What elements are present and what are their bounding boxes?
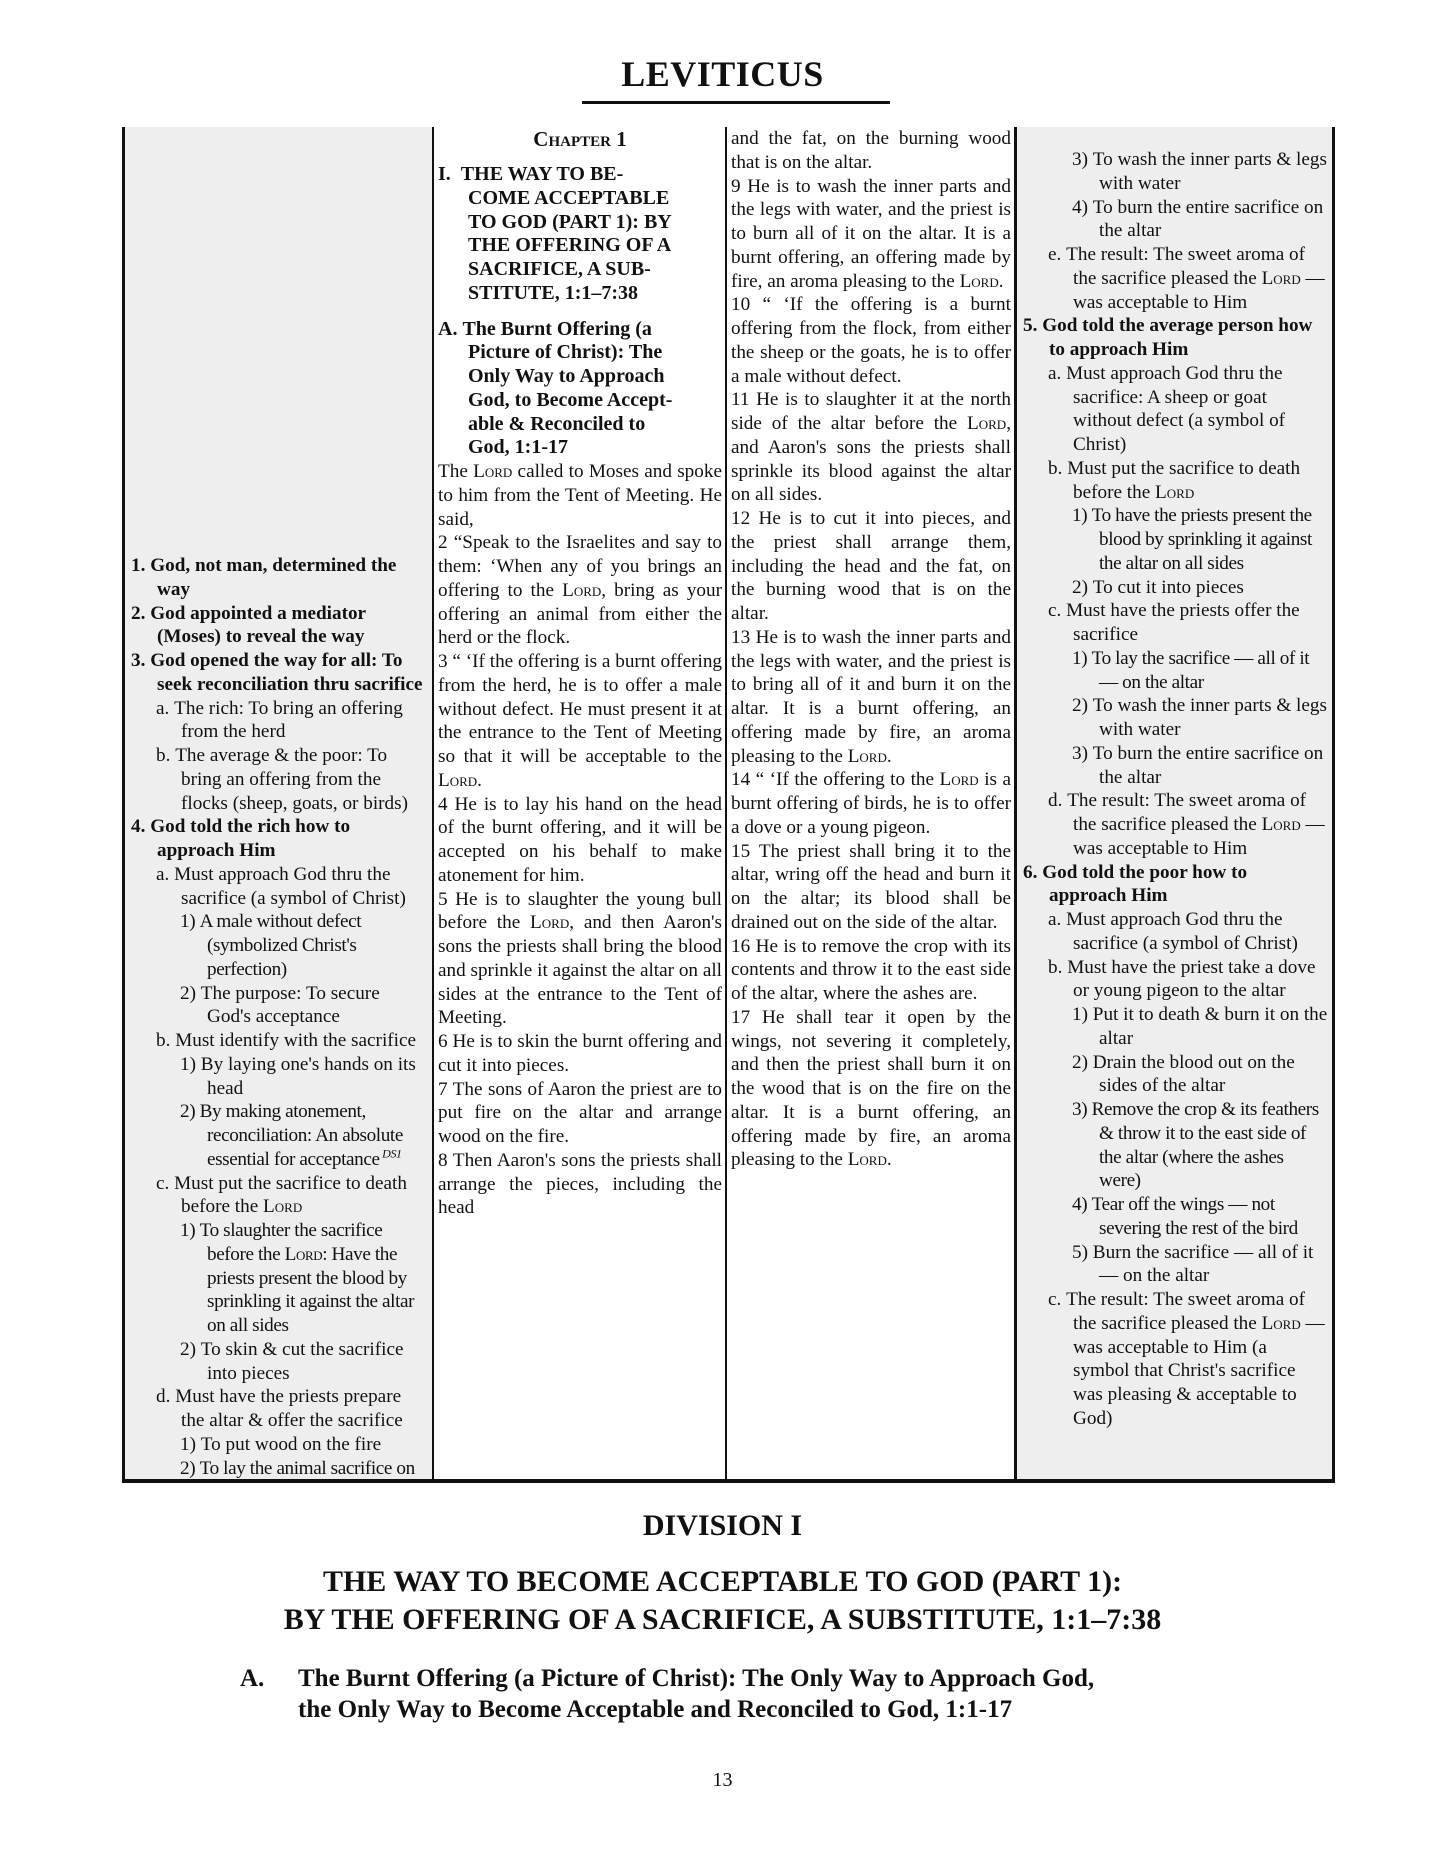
verse-number: 4: [438, 794, 455, 815]
outline-point-2: 2) To skin & cut the sacrifice into piec…: [131, 1338, 428, 1386]
verse-10: 10 “ ‘If the offering is a burnt offerin…: [731, 293, 1011, 388]
outline-label: 1): [1072, 648, 1092, 669]
outline-label: a.: [1048, 909, 1066, 930]
outline-point-c: c. Must put the sacrifice to death befor…: [131, 1172, 428, 1220]
outline-label: 1.: [131, 555, 150, 576]
outline-text: Must have the priests offer the sacrific…: [1066, 600, 1300, 645]
lord-small-caps: Lord: [940, 769, 979, 790]
verse-5: 5 He is to slaughter the young bull befo…: [438, 888, 722, 1031]
outline-text: Must put the sacrifice to death before t…: [174, 1173, 407, 1218]
outline-text: To cut it into pieces: [1093, 577, 1244, 598]
scripture-text-verses-8-17: and the fat, on the burning wood that is…: [731, 127, 1011, 1172]
outline-label: e.: [1048, 244, 1066, 265]
outline-label: 2): [180, 1339, 201, 1360]
verse-number: 14: [731, 769, 756, 790]
verse-8: 8 Then Aaron's sons the priests shall ar…: [438, 1149, 722, 1220]
outline-text: God told the average person how to appro…: [1042, 315, 1312, 360]
lord-small-caps: Lord: [1262, 814, 1301, 835]
scripture-text-verses-1-8: The Lord called to Moses and spoke to hi…: [438, 460, 722, 1220]
lord-small-caps: Lord: [848, 1149, 887, 1170]
outline-label: 1): [1072, 1004, 1093, 1025]
outline-text: Tear off the wings — not severing the re…: [1092, 1194, 1298, 1239]
outline-text: Must approach God thru the sacrifice (a …: [174, 864, 406, 909]
outline-point-4: 4) To burn the entire sacrifice on the a…: [1023, 196, 1328, 244]
outline-label: 1): [180, 1434, 201, 1455]
outline-top-spacer: [131, 127, 428, 554]
outline-text: The rich: To bring an offering from the …: [174, 698, 403, 743]
outline-text: Must approach God thru the sacrifice: A …: [1066, 363, 1285, 455]
outline-label: 4.: [131, 816, 150, 837]
outline-point-1: 1) To lay the sacrifice — all of it — on…: [1023, 647, 1328, 695]
outline-point-2: 2) The purpose: To secure God's acceptan…: [131, 982, 428, 1030]
outline-point-c: c. The result: The sweet aroma of the sa…: [1023, 1288, 1328, 1431]
verse-number: 8: [438, 1150, 453, 1171]
verse-8: and the fat, on the burning wood that is…: [731, 127, 1011, 175]
outline-point-5: 5) Burn the sacrifice — all of it — on t…: [1023, 1241, 1328, 1289]
outline-label: 2): [180, 983, 201, 1004]
outline-text: God opened the way for all: To seek reco…: [150, 650, 422, 695]
outline-label: 6.: [1023, 862, 1042, 883]
outline-point-1: 1) A male without defect (symbolized Chr…: [131, 910, 428, 981]
lord-small-caps: Lord: [1155, 482, 1194, 503]
verse-number: 11: [731, 389, 756, 410]
outline-point-b: b. Must have the priest take a dove or y…: [1023, 956, 1328, 1004]
outline-point-4: 4) Tear off the wings — not severing the…: [1023, 1193, 1328, 1241]
outline-point-3: 3) Remove the crop & its feathers & thro…: [1023, 1098, 1328, 1193]
verse-11: 11 He is to slaughter it at the north si…: [731, 388, 1011, 507]
outline-text: The average & the poor: To bring an offe…: [175, 745, 408, 814]
subsection-letter: A.: [240, 1663, 264, 1694]
outline-text: To have the priests present the blood by…: [1092, 505, 1312, 574]
outline-label: 3.: [131, 650, 150, 671]
outline-text: God told the rich how to approach Him: [150, 816, 350, 861]
outline-label: 1): [1072, 505, 1092, 526]
verse-17: 17 He shall tear it open by the wings, n…: [731, 1006, 1011, 1172]
chapter-label: Chapter 1: [438, 127, 722, 151]
outline-text: God appointed a mediator (Moses) to reve…: [150, 603, 366, 648]
outline-point-1: 1) Put it to death & burn it on the alta…: [1023, 1003, 1328, 1051]
outline-point-2: 2) To cut it into pieces: [1023, 576, 1328, 600]
outline-text: Burn the sacrifice — all of it — on the …: [1093, 1242, 1314, 1287]
outline-point-e: e. The result: The sweet aroma of the sa…: [1023, 243, 1328, 314]
outline-point-3: 3. God opened the way for all: To seek r…: [131, 649, 428, 697]
outline-label: 1): [180, 1220, 200, 1241]
outline-text: To lay the sacrifice — all of it — on th…: [1092, 648, 1310, 693]
subsection-text: The Burnt Offering (a Picture of Christ)…: [240, 1663, 1240, 1725]
outline-text: Drain the blood out on the sides of the …: [1093, 1052, 1295, 1097]
verse-number: 15: [731, 841, 759, 862]
outline-label: 2.: [131, 603, 150, 624]
verse-2: 2 “Speak to the Israelites and say to th…: [438, 531, 722, 650]
outline-label: b.: [156, 1030, 175, 1051]
lord-small-caps: Lord: [960, 271, 999, 292]
outline-point-2: 2) By making atonement, reconciliation: …: [131, 1100, 428, 1171]
verse-number: 10: [731, 294, 763, 315]
outline-left-list: 1. God, not man, determined the way2. Go…: [131, 554, 428, 1479]
outline-point-1: 1) To slaughter the sacrifice before the…: [131, 1219, 428, 1338]
outline-point-d: d. Must have the priests prepare the alt…: [131, 1385, 428, 1433]
outline-label: 5.: [1023, 315, 1042, 336]
outline-text: Must have the priest take a dove or youn…: [1067, 957, 1315, 1002]
division-heading-large: DIVISION I: [0, 1507, 1445, 1545]
outline-label: 4): [1072, 1194, 1092, 1215]
verse-number: 7: [438, 1079, 453, 1100]
outline-point-1: 1. God, not man, determined the way: [131, 554, 428, 602]
lord-small-caps: Lord: [1262, 1313, 1301, 1334]
division-heading: I. THE WAY TO BE- COME ACCEPTABLE TO GOD…: [438, 163, 722, 306]
title-underline-divider: [582, 101, 890, 104]
verse-14: 14 “ ‘If the offering to the Lord is a b…: [731, 768, 1011, 839]
verse-number: 13: [731, 627, 756, 648]
scripture-column-2: and the fat, on the burning wood that is…: [727, 127, 1017, 1479]
verse-number: 5: [438, 889, 455, 910]
outline-point-b: b. Must identify with the sacrifice: [131, 1029, 428, 1053]
outline-text: The purpose: To secure God's acceptance: [201, 983, 380, 1028]
outline-text: To wash the inner parts & legs with wate…: [1093, 149, 1327, 194]
outline-label: d.: [156, 1386, 175, 1407]
outline-label: a.: [156, 864, 174, 885]
outline-point-a: a. The rich: To bring an offering from t…: [131, 697, 428, 745]
outline-label: 3): [1072, 743, 1093, 764]
outline-right-list: 3) To wash the inner parts & legs with w…: [1023, 148, 1328, 1431]
outline-point-2: 2) To wash the inner parts & legs with w…: [1023, 694, 1328, 742]
outline-text: Must identify with the sacrifice: [175, 1030, 416, 1051]
outline-label: 2): [1072, 1052, 1093, 1073]
outline-point-2: 2) To lay the animal sacrifice on the al…: [131, 1457, 428, 1480]
verse-3: 3 “ ‘If the offering is a burnt offering…: [438, 650, 722, 793]
outline-point-a: a. Must approach God thru the sacrifice …: [131, 863, 428, 911]
lord-small-caps: Lord: [263, 1196, 302, 1217]
lord-small-caps: Lord: [562, 580, 601, 601]
outline-text: The result: The sweet aroma of the sacri…: [1066, 1289, 1325, 1429]
verse-number: 9: [731, 176, 747, 197]
outline-text: Must have the priests prepare the altar …: [175, 1386, 403, 1431]
outline-text: To wash the inner parts & legs with wate…: [1093, 695, 1327, 740]
outline-point-d: d. The result: The sweet aroma of the sa…: [1023, 789, 1328, 860]
outline-point-a: a. Must approach God thru the sacrifice:…: [1023, 362, 1328, 457]
verse-4: 4 He is to lay his hand on the head of t…: [438, 793, 722, 888]
book-title: LEVITICUS: [0, 52, 1445, 96]
outline-point-b: b. The average & the poor: To bring an o…: [131, 744, 428, 815]
outline-point-1: 1) To put wood on the fire: [131, 1433, 428, 1457]
outline-top-spacer: [1023, 127, 1328, 148]
outline-point-6: 6. God told the poor how to approach Him: [1023, 861, 1328, 909]
outline-label: 1): [180, 911, 200, 932]
outline-label: 2): [1072, 695, 1093, 716]
outline-text: By making atonement, reconciliation: An …: [200, 1101, 403, 1170]
outline-point-3: 3) To burn the entire sacrifice on the a…: [1023, 742, 1328, 790]
outline-text: Put it to death & burn it on the altar: [1093, 1004, 1328, 1049]
outline-text: The result: The sweet aroma of the sacri…: [1067, 790, 1325, 859]
lord-small-caps: Lord: [848, 746, 887, 767]
outline-label: a.: [1048, 363, 1066, 384]
outline-text: God, not man, determined the way: [150, 555, 396, 600]
verse-6: 6 He is to skin the burnt offering and c…: [438, 1030, 722, 1078]
lord-small-caps: Lord: [438, 770, 477, 791]
outline-label: 2): [1072, 577, 1093, 598]
outline-label: b.: [1048, 458, 1067, 479]
outline-label: 4): [1072, 197, 1093, 218]
outline-point-5: 5. God told the average person how to ap…: [1023, 314, 1328, 362]
outline-label: a.: [156, 698, 174, 719]
outline-text: The result: The sweet aroma of the sacri…: [1066, 244, 1325, 313]
outline-label: 5): [1072, 1242, 1093, 1263]
outline-label: 2): [180, 1458, 200, 1479]
lord-small-caps: Lord: [473, 461, 512, 482]
outline-label: b.: [1048, 957, 1067, 978]
outline-text: To lay the animal sacrifice on the altar…: [200, 1458, 415, 1480]
outline-text: Remove the crop & its feathers & throw i…: [1092, 1099, 1319, 1191]
outline-point-1: 1) By laying one's hands on its head: [131, 1053, 428, 1101]
verse-number: 3: [438, 651, 452, 672]
outline-label: 1): [180, 1054, 201, 1075]
outline-text: Must approach God thru the sacrifice (a …: [1066, 909, 1298, 954]
outline-text: To put wood on the fire: [201, 1434, 381, 1455]
outline-text: God told the poor how to approach Him: [1042, 862, 1247, 907]
verse-7: 7 The sons of Aaron the priest are to pu…: [438, 1078, 722, 1149]
page-number: 13: [0, 1768, 1445, 1792]
verse-1: The Lord called to Moses and spoke to hi…: [438, 460, 722, 531]
outline-label: c.: [1048, 1289, 1066, 1310]
outline-text: To burn the entire sacrifice on the alta…: [1093, 197, 1323, 242]
verse-number: 16: [731, 936, 756, 957]
verse-9: 9 He is to wash the inner parts and the …: [731, 175, 1011, 294]
outline-point-4: 4. God told the rich how to approach Him: [131, 815, 428, 863]
outline-label: 2): [180, 1101, 200, 1122]
outline-point-2: 2) Drain the blood out on the sides of t…: [1023, 1051, 1328, 1099]
outline-column-right: 3) To wash the inner parts & legs with w…: [1017, 127, 1335, 1479]
outline-point-b: b. Must put the sacrifice to death befor…: [1023, 457, 1328, 505]
outline-label: 3): [1072, 149, 1093, 170]
outline-label: c.: [156, 1173, 174, 1194]
outline-label: d.: [1048, 790, 1067, 811]
verse-number: 2: [438, 532, 454, 553]
verse-number: 12: [731, 508, 758, 529]
outline-text: A male without defect (symbolized Christ…: [200, 911, 362, 980]
lord-small-caps: Lord: [967, 413, 1006, 434]
outline-text: Must put the sacrifice to death before t…: [1067, 458, 1300, 503]
verse-number: 6: [438, 1031, 453, 1052]
outline-point-2: 2. God appointed a mediator (Moses) to r…: [131, 602, 428, 650]
verse-16: 16 He is to remove the crop with its con…: [731, 935, 1011, 1006]
verse-15: 15 The priest shall bring it to the alta…: [731, 840, 1011, 935]
outline-label: 3): [1072, 1099, 1092, 1120]
division-title: THE WAY TO BECOME ACCEPTABLE TO GOD (PAR…: [0, 1563, 1445, 1639]
outline-point-3: 3) To wash the inner parts & legs with w…: [1023, 148, 1328, 196]
outline-label: c.: [1048, 600, 1066, 621]
lord-small-caps: Lord: [530, 912, 569, 933]
outline-text: To slaughter the sacrifice before the Lo…: [200, 1220, 415, 1336]
outline-text: By laying one's hands on its head: [201, 1054, 416, 1099]
lord-small-caps: Lord: [285, 1244, 323, 1265]
scripture-column-1: Chapter 1 I. THE WAY TO BE- COME ACCEPTA…: [434, 127, 727, 1479]
lord-small-caps: Lord: [1262, 268, 1301, 289]
outline-column-left: 1. God, not man, determined the way2. Go…: [122, 127, 434, 1479]
outline-text: To burn the entire sacrifice on the alta…: [1093, 743, 1323, 788]
outline-point-a: a. Must approach God thru the sacrifice …: [1023, 908, 1328, 956]
four-column-study-table: 1. God, not man, determined the way2. Go…: [122, 127, 1335, 1483]
subsection-title: A. The Burnt Offering (a Picture of Chri…: [240, 1663, 1240, 1725]
verse-13: 13 He is to wash the inner parts and the…: [731, 626, 1011, 769]
outline-point-1: 1) To have the priests present the blood…: [1023, 504, 1328, 575]
section-heading: A. The Burnt Offering (a Picture of Chri…: [438, 318, 722, 461]
outline-text: To skin & cut the sacrifice into pieces: [201, 1339, 404, 1384]
outline-label: b.: [156, 745, 175, 766]
outline-point-c: c. Must have the priests offer the sacri…: [1023, 599, 1328, 647]
cross-reference-superscript: DS1: [380, 1146, 402, 1160]
verse-12: 12 He is to cut it into pieces, and the …: [731, 507, 1011, 626]
verse-number: 17: [731, 1007, 762, 1028]
